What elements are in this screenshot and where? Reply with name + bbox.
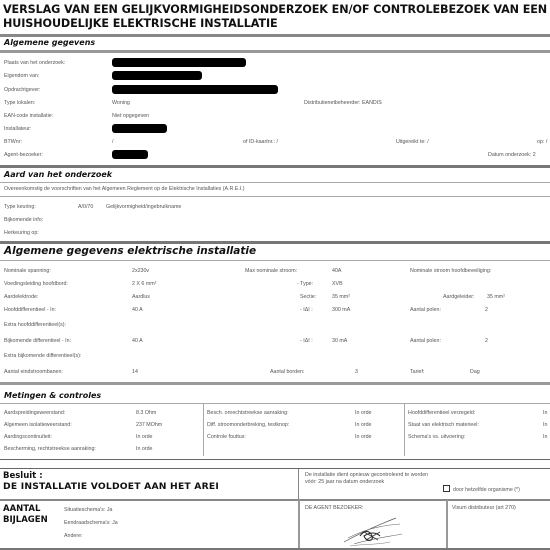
- hoofddiff-dn-value: 300 mA: [332, 307, 350, 313]
- controle-label: Besch. onrechtstreekse aanraking:: [207, 410, 289, 416]
- bijk-dn-label: - IΔI :: [300, 338, 313, 344]
- sectie-label: Sectie:: [300, 294, 316, 300]
- areï-conformity: Overeenkomstig de voorschriften van het …: [4, 186, 245, 192]
- meting-label: Bescherming, rechtstreekse aanraking:: [4, 446, 96, 452]
- aardgeleider-label: Aardgeleider:: [443, 294, 475, 300]
- aardelektrode-value: Aardlus: [132, 294, 150, 300]
- column-divider: [298, 500, 300, 550]
- tarief-value: Dag: [470, 369, 480, 375]
- voeding-label: Voedingsleiding hoofdbord:: [4, 281, 68, 287]
- hoofddiff-polen-label: Aantal polen:: [410, 307, 441, 313]
- redacted-agent: [112, 150, 148, 159]
- borden-label: Aantal borden:: [270, 369, 304, 375]
- divider: [0, 499, 550, 501]
- id-kaart-value: of ID-kaartnr.: /: [243, 139, 278, 145]
- controle-value: In: [543, 434, 547, 440]
- distributie-value: Distributienetbeheerder: EANDIS: [304, 100, 382, 106]
- divider: [0, 382, 550, 385]
- divider: [0, 165, 550, 168]
- hoofddiff-polen-value: 2: [485, 307, 488, 313]
- divider: [0, 50, 550, 53]
- opdrachtgever-label: Opdrachtgever:: [4, 87, 41, 93]
- kabel-type-label: - Type:: [297, 281, 313, 287]
- section-heading-algemene: Algemene gegevens: [4, 38, 95, 47]
- btw-value: /: [112, 139, 113, 145]
- meting-label: Aardingscontinuïteit:: [4, 434, 52, 440]
- redacted-plaats: [112, 58, 246, 67]
- redacted-installateur: [112, 124, 167, 133]
- eindstroombanen-label: Aantal eindstroombanen:: [4, 369, 63, 375]
- section-heading-aard: Aard van het onderzoek: [4, 170, 112, 179]
- controle-value: In: [543, 422, 547, 428]
- aardelektrode-label: Aardelektrode:: [4, 294, 38, 300]
- meting-value: 237 MOhm: [136, 422, 162, 428]
- spanning-label: Nominale spanning:: [4, 268, 51, 274]
- controle-label: Controle fouttus:: [207, 434, 246, 440]
- max-stroom-value: 40A: [332, 268, 341, 274]
- bijlage-item: Eendraadschema's: Ja: [64, 520, 118, 526]
- visum-label: Visum distributeur (art 270): [452, 505, 516, 511]
- datum-onderzoek: Datum onderzoek: 2: [488, 152, 536, 158]
- divider: [0, 196, 550, 197]
- column-divider: [203, 404, 204, 456]
- controle-value: In orde: [355, 422, 372, 428]
- agent-label: Agent-bezoeker:: [4, 152, 43, 158]
- divider: [0, 34, 550, 37]
- bijlage-item: Andere:: [64, 533, 83, 539]
- document-title: VERSLAG VAN EEN GELIJKVORMIGHEIDSONDERZO…: [3, 3, 548, 31]
- bijlagen-label-2: BIJLAGEN: [3, 515, 48, 525]
- meting-value: In orde: [136, 446, 153, 452]
- agent-signature-label: DE AGENT BEZOEKER:: [305, 505, 363, 511]
- uitgereikt-value: Uitgereikt te: /: [396, 139, 429, 145]
- bijlagen-label-1: AANTAL: [3, 504, 40, 514]
- controle-label: Staat van elektrisch materieel:: [408, 422, 479, 428]
- tarief-label: Tarief:: [410, 369, 424, 375]
- divider: [0, 468, 550, 469]
- herkeuring-label: Herkeuring op:: [4, 230, 39, 236]
- checkbox-label: door hetzelfde organisme (*): [453, 487, 520, 493]
- controle-value: In orde: [355, 434, 372, 440]
- installateur-label: Installateur:: [4, 126, 31, 132]
- section-heading-metingen: Metingen & controles: [4, 391, 101, 400]
- btw-label: BTWnr:: [4, 139, 22, 145]
- divider: [0, 260, 550, 261]
- bijlage-item: Situatieschema's: Ja: [64, 507, 112, 513]
- aardgeleider-value: 35 mm²: [487, 294, 505, 300]
- hoofddiff-dn-label: - IΔI :: [300, 307, 313, 313]
- column-divider: [446, 500, 448, 550]
- borden-value: 3: [355, 369, 358, 375]
- hoofdbeveiliging-label: Nominale stroom hoofdbeveiliging:: [410, 268, 491, 274]
- sectie-value: 35 mm²: [332, 294, 350, 300]
- controle-label: Hoofddifferentieel verzegeld:: [408, 410, 475, 416]
- meting-label: Aardspreidingsweerstand:: [4, 410, 65, 416]
- section-heading-elektrisch: Algemene gegevens elektrische installati…: [4, 245, 256, 257]
- type-keuring-code: A/0/70: [78, 204, 93, 210]
- controle-value: In: [543, 410, 547, 416]
- ean-label: EAN-code installatie:: [4, 113, 53, 119]
- besluit-label: Besluit :: [3, 471, 43, 481]
- divider: [0, 403, 550, 404]
- spanning-value: 2x230v: [132, 268, 149, 274]
- voeding-value: 2 X 6 mm²: [132, 281, 156, 287]
- hoofddiff-value: 40 A: [132, 307, 143, 313]
- type-keuring-label: Type keuring:: [4, 204, 36, 210]
- controle-label: Diff. stroomonderbreking, testknop:: [207, 422, 289, 428]
- bijk-diff-label: Bijkomende differentieel - In:: [4, 338, 71, 344]
- same-organisation-checkbox[interactable]: [443, 485, 450, 492]
- bijk-polen-label: Aantal polen:: [410, 338, 441, 344]
- ean-value: Niet opgegeven: [112, 113, 149, 119]
- plaats-label: Plaats van het onderzoek:: [4, 60, 65, 66]
- column-divider: [404, 404, 405, 456]
- controle-value: In orde: [355, 410, 372, 416]
- redacted-eigendom: [112, 71, 202, 80]
- redacted-opdrachtgever: [112, 85, 278, 94]
- type-lokalen-value: Woning: [112, 100, 130, 106]
- eigendom-label: Eigendom van:: [4, 73, 39, 79]
- divider: [0, 459, 550, 460]
- divider: [0, 182, 550, 183]
- extra-bijk-label: Extra bijkomende differentieel(s):: [4, 353, 81, 359]
- controle-label: Schema's vs. uitvoering:: [408, 434, 465, 440]
- bijkomende-info-label: Bijkomende info:: [4, 217, 43, 223]
- op-value: op: /: [537, 139, 547, 145]
- herkeuring-date: vóór: 25 jaar na datum onderzoek: [305, 479, 384, 485]
- hoofddiff-label: Hoofddifferentieel - In:: [4, 307, 56, 313]
- meting-value: 8.3 Ohm: [136, 410, 156, 416]
- type-keuring-value: Gelijkvormigheid/ingebruikname: [106, 204, 181, 210]
- extra-hoofddiff-label: Extra hoofddifferentieel(s):: [4, 322, 66, 328]
- besluit-text: DE INSTALLATIE VOLDOET AAN HET AREI: [3, 481, 219, 492]
- signature-image: [340, 514, 410, 548]
- kabel-type-value: XVB: [332, 281, 343, 287]
- eindstroombanen-value: 14: [132, 369, 138, 375]
- bijk-diff-value: 40 A: [132, 338, 143, 344]
- max-stroom-label: Max nominale stroom:: [245, 268, 297, 274]
- type-lokalen-label: Type lokalen:: [4, 100, 35, 106]
- herkeuring-text: De installatie dient opnieuw gecontrolee…: [305, 472, 428, 478]
- bijk-polen-value: 2: [485, 338, 488, 344]
- bijk-dn-value: 30 mA: [332, 338, 347, 344]
- meting-value: In orde: [136, 434, 153, 440]
- meting-label: Algemeen isolatieweerstand:: [4, 422, 72, 428]
- column-divider: [298, 469, 299, 499]
- divider: [0, 241, 550, 244]
